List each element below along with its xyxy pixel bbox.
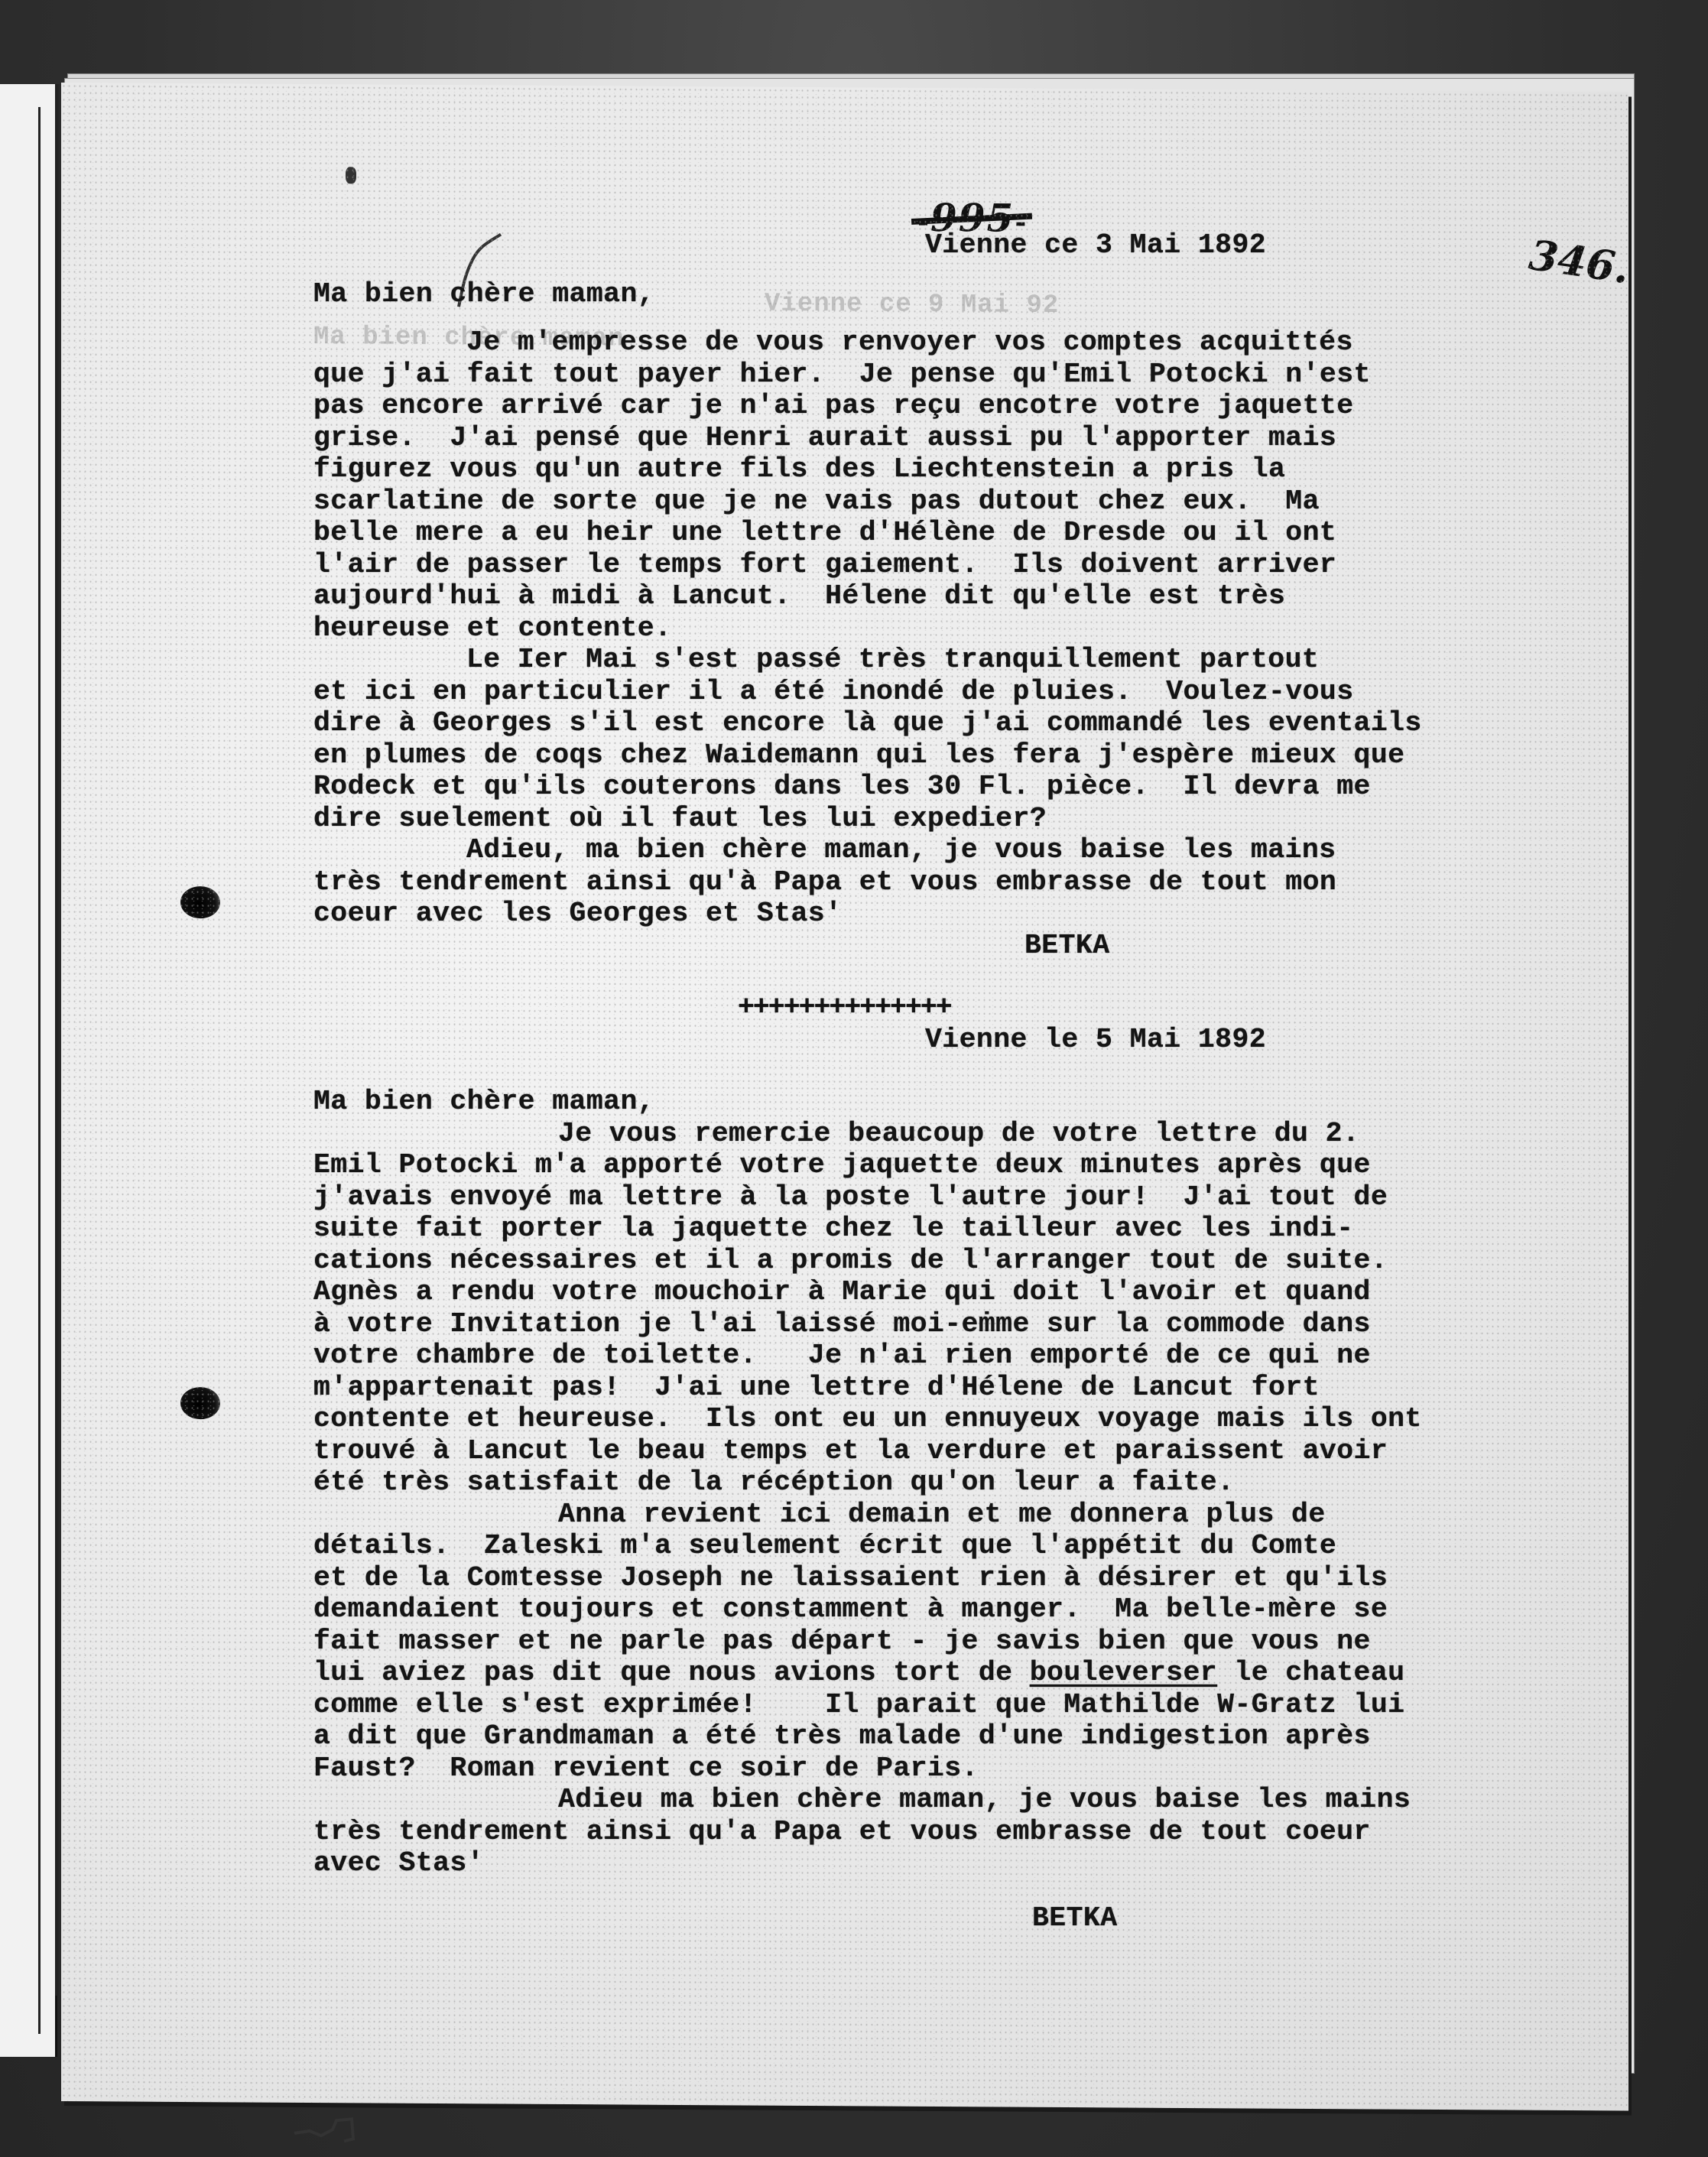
text-line: j'avais envoyé ma lettre à la poste l'au… — [313, 1181, 1583, 1213]
text-line: scarlatine de sorte que je ne vais pas d… — [313, 486, 1583, 518]
text-line: coeur avec les Georges et Stas' — [313, 898, 1583, 930]
text-line: Faust? Roman revient ce soir de Paris. — [313, 1753, 1583, 1785]
text-line: contente et heureuse. Ils ont eu un ennu… — [313, 1403, 1583, 1435]
text-line: en plumes de coqs chez Waidemann qui les… — [313, 739, 1583, 772]
text-line: pas encore arrivé car je n'ai pas reçu e… — [313, 390, 1583, 422]
text-line: dire suelement où il faut les lui expedi… — [313, 803, 1583, 835]
text-line: Je m'empresse de vous renvoyer vos compt… — [313, 326, 1583, 359]
pencil-mark-icon — [291, 2114, 367, 2146]
text-line: votre chambre de toilette. Je n'ai rien … — [313, 1340, 1583, 1372]
letter-1-paragraph-3: Adieu, ma bien chère maman, je vous bais… — [313, 834, 1583, 930]
text-line: heureuse et contente. — [313, 612, 1583, 645]
text-line: Rodeck et qu'ils couterons dans les 30 F… — [313, 771, 1583, 803]
letters-body: Vienne ce 3 Mai 1892 Ma bien chère maman… — [313, 229, 1583, 1934]
letter-1-paragraph-1: Je m'empresse de vous renvoyer vos compt… — [313, 326, 1583, 644]
text-line: Agnès a rendu votre mouchoir à Marie qui… — [313, 1276, 1583, 1308]
letter-2-signature: BETKA — [313, 1902, 1583, 1934]
text-line: très tendrement ainsi qu'à Papa et vous … — [313, 866, 1583, 898]
text-line: Je vous remercie beaucoup de votre lettr… — [313, 1118, 1583, 1150]
text-line: figurez vous qu'un autre fils des Liecht… — [313, 453, 1583, 486]
text-line: aujourd'hui à midi à Lancut. Hélene dit … — [313, 580, 1583, 612]
text-span: le chateau — [1217, 1657, 1404, 1688]
underlined-word: bouleverser — [1030, 1657, 1217, 1688]
text-line: belle mere a eu heir une lettre d'Hélène… — [313, 517, 1583, 549]
text-line: très tendrement ainsi qu'a Papa et vous … — [313, 1816, 1583, 1848]
letter-2-salutation: Ma bien chère maman, — [313, 1086, 1583, 1118]
text-line: lui aviez pas dit que nous avions tort d… — [313, 1657, 1583, 1689]
letter-2-date: Vienne le 5 Mai 1892 — [313, 1024, 1583, 1056]
text-line: comme elle s'est exprimée! Il parait que… — [313, 1689, 1583, 1721]
letter-separator: ++++++++++++++ — [313, 992, 1583, 1024]
text-line: trouvé à Lancut le beau temps et la verd… — [313, 1435, 1583, 1467]
letter-1-paragraph-2: Le Ier Mai s'est passé très tranquilleme… — [313, 644, 1583, 834]
text-line: grise. J'ai pensé que Henri aurait aussi… — [313, 422, 1583, 454]
text-line: demandaient toujours et constamment à ma… — [313, 1593, 1583, 1626]
text-line: a dit que Grandmaman a été très malade d… — [313, 1720, 1583, 1753]
text-line: que j'ai fait tout payer hier. Je pense … — [313, 359, 1583, 391]
text-line: fait masser et ne parle pas départ - je … — [313, 1626, 1583, 1658]
text-line: et ici en particulier il a été inondé de… — [313, 676, 1583, 708]
punch-hole — [180, 886, 220, 918]
text-line: Anna revient ici demain et me donnera pl… — [313, 1499, 1583, 1531]
text-line: à votre Invitation je l'ai laissé moi-eṁ… — [313, 1308, 1583, 1340]
text-line: avec Stas' — [313, 1847, 1583, 1879]
text-line: cations nécessaires et il a promis de l'… — [313, 1245, 1583, 1277]
text-line: Adieu, ma bien chère maman, je vous bais… — [313, 834, 1583, 866]
letter-2-paragraph-2: Anna revient ici demain et me donnera pl… — [313, 1499, 1583, 1785]
adjacent-sheet-edge — [0, 84, 57, 2057]
letter-1-signature: BETKA — [313, 930, 1583, 962]
text-line: Adieu ma bien chère maman, je vous baise… — [313, 1784, 1583, 1816]
text-span: lui aviez pas dit que nous avions tort d… — [313, 1657, 1030, 1688]
punch-hole — [180, 1387, 220, 1419]
text-line: Emil Potocki m'a apporté votre jaquette … — [313, 1149, 1583, 1181]
text-line: suite fait porter la jaquette chez le ta… — [313, 1213, 1583, 1245]
ink-mark — [346, 167, 356, 184]
letter-2-paragraph-1: Je vous remercie beaucoup de votre lettr… — [313, 1118, 1583, 1499]
text-line: détails. Zaleski m'a seulement écrit que… — [313, 1530, 1583, 1562]
text-line: et de la Comtesse Joseph ne laissaient r… — [313, 1562, 1583, 1594]
text-line: dire à Georges s'il est encore là que j'… — [313, 707, 1583, 739]
text-line: Le Ier Mai s'est passé très tranquilleme… — [313, 644, 1583, 676]
letter-2-paragraph-3: Adieu ma bien chère maman, je vous baise… — [313, 1784, 1583, 1879]
text-line: m'appartenait pas! J'ai une lettre d'Hél… — [313, 1372, 1583, 1404]
letter-1-salutation: Ma bien chère maman, — [313, 278, 1583, 310]
text-line: été très satisfait de la récéption qu'on… — [313, 1467, 1583, 1499]
letter-1-date: Vienne ce 3 Mai 1892 — [313, 229, 1583, 262]
text-line: l'air de passer le temps fort gaiement. … — [313, 549, 1583, 581]
binder-line — [38, 107, 41, 2034]
